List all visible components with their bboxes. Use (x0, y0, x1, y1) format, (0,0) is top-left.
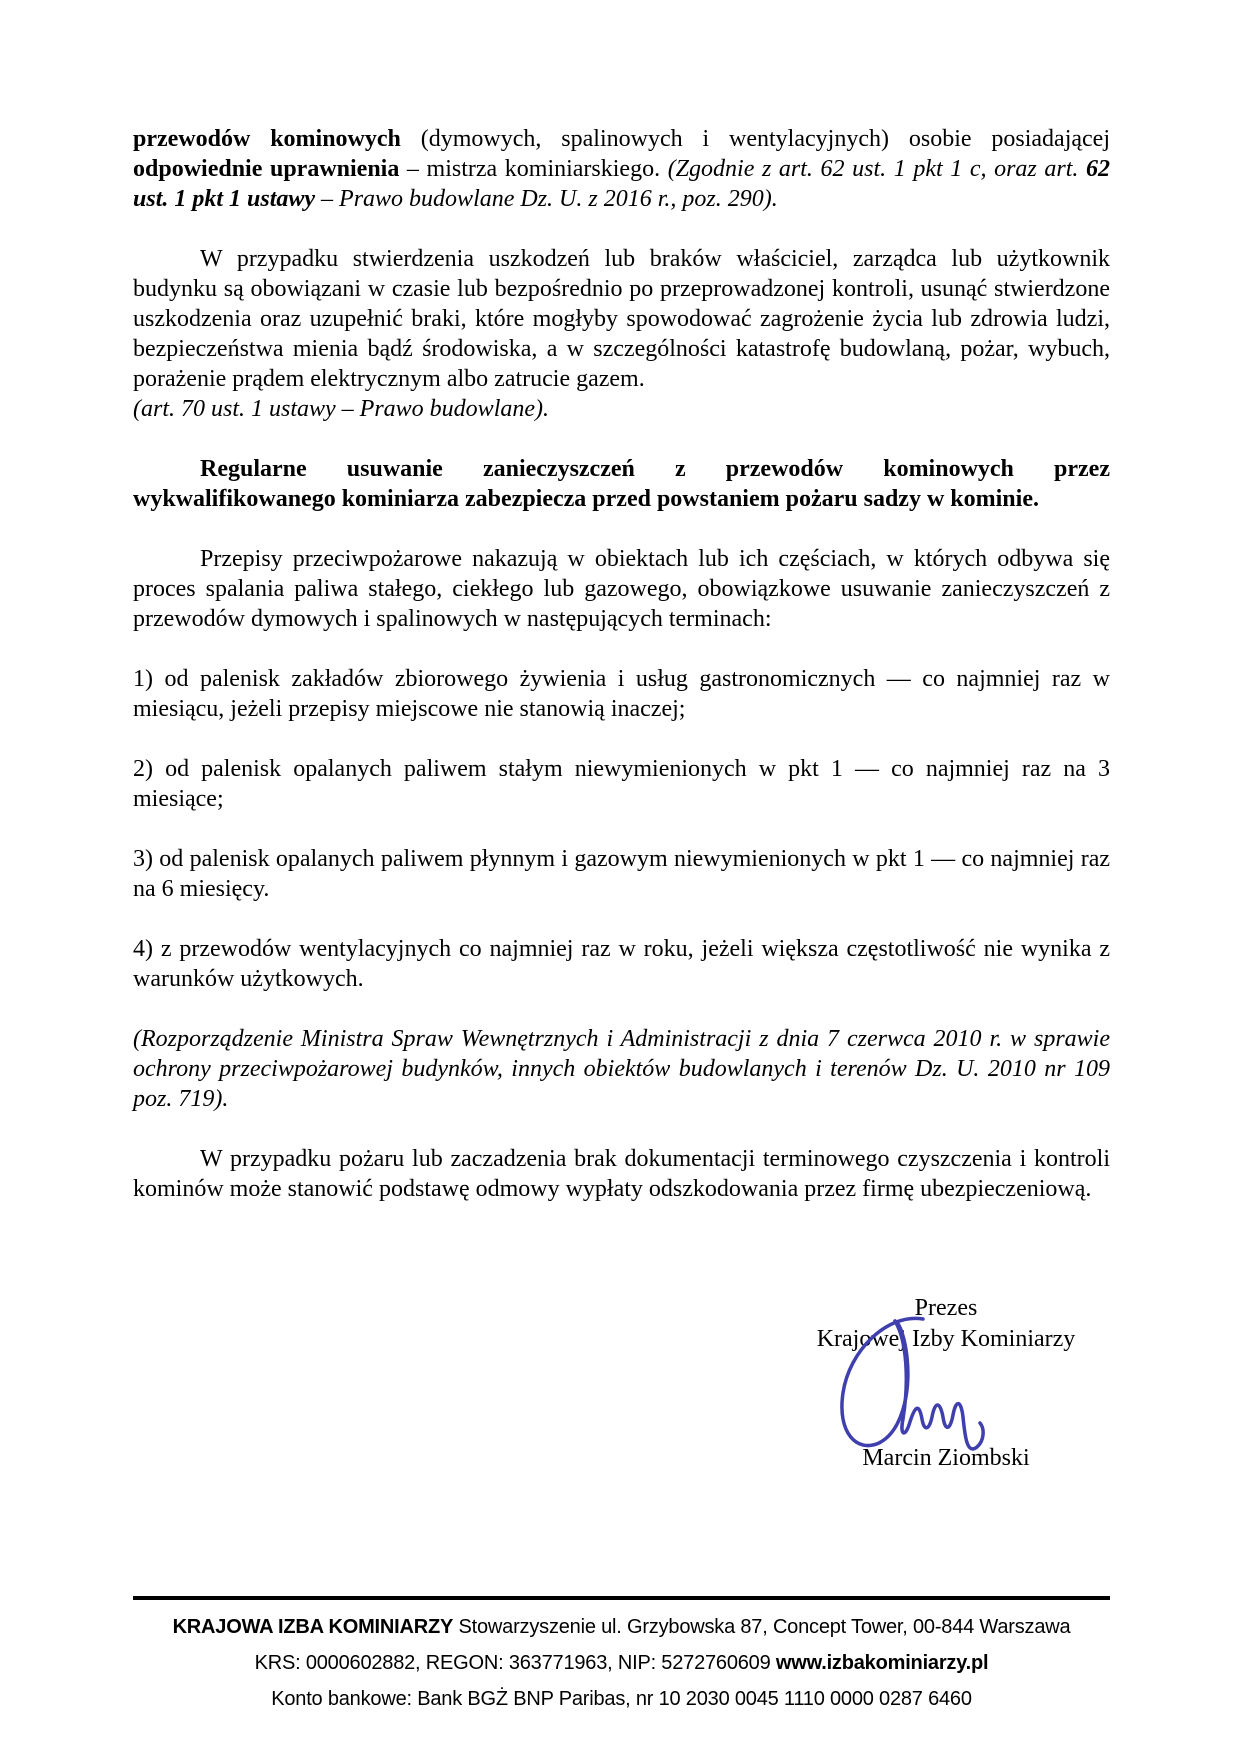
signatory-name: Marcin Ziombski (785, 1443, 1107, 1474)
bold-chimney-ducts: przewodów kominowych (133, 126, 401, 152)
bold-qualifications: odpowiednie uprawnienia (133, 156, 399, 182)
text-master-chimney-sweep: – mistrza kominiarskiego. (399, 156, 667, 182)
footer-website: www.izbakominiarzy.pl (776, 1652, 989, 1674)
footer-registry-numbers: KRS: 0000602882, REGON: 363771963, NIP: … (255, 1652, 776, 1674)
signatory-organization: Krajowej Izby Kominiarzy (785, 1324, 1107, 1355)
text-damage-obligations: W przypadku stwierdzenia uszkodzeń lub b… (133, 246, 1110, 392)
list-item-1: 1) od palenisk zakładów zbiorowego żywie… (133, 664, 1110, 724)
paragraph-regulation-reference: (Rozporządzenie Ministra Spraw Wewnętrzn… (133, 1024, 1110, 1114)
legal-reference-art70: (art. 70 ust. 1 ustawy – Prawo budowlane… (133, 396, 549, 422)
list-item-4: 4) z przewodów wentylacyjnych co najmnie… (133, 934, 1110, 994)
paragraph-inspection-requirement: przewodów kominowych (dymowych, spalinow… (133, 124, 1110, 214)
footer-registry-line: KRS: 0000602882, REGON: 363771963, NIP: … (133, 1645, 1110, 1681)
footer-divider (133, 1596, 1110, 1600)
signatory-title: Prezes (785, 1293, 1107, 1324)
footer-org-name: KRAJOWA IZBA KOMINIARZY (173, 1616, 454, 1638)
paragraph-fire-regulations-intro: Przepisy przeciwpożarowe nakazują w obie… (133, 544, 1110, 634)
scanned-letter-page: przewodów kominowych (dymowych, spalinow… (0, 0, 1240, 1754)
legal-reference-italic-end: – Prawo budowlane Dz. U. z 2016 r., poz.… (315, 186, 778, 212)
legal-reference-italic: (Zgodnie z art. 62 ust. 1 pkt 1 c, oraz … (668, 156, 1086, 182)
paragraph-damage-obligations: W przypadku stwierdzenia uszkodzeń lub b… (133, 244, 1110, 424)
page-footer: KRAJOWA IZBA KOMINIARZY Stowarzyszenie u… (133, 1596, 1110, 1717)
signature-block: Prezes Krajowej Izby Kominiarzy Marcin Z… (785, 1293, 1107, 1474)
list-item-2: 2) od palenisk opalanych paliwem stałym … (133, 754, 1110, 814)
signature-space (785, 1355, 1107, 1443)
paragraph-regular-cleaning-bold: Regularne usuwanie zanieczyszczeń z prze… (133, 454, 1110, 514)
footer-org-line: KRAJOWA IZBA KOMINIARZY Stowarzyszenie u… (133, 1609, 1110, 1645)
paragraph-insurance-warning: W przypadku pożaru lub zaczadzenia brak … (133, 1144, 1110, 1204)
list-item-3: 3) od palenisk opalanych paliwem płynnym… (133, 844, 1110, 904)
footer-org-address: Stowarzyszenie ul. Grzybowska 87, Concep… (453, 1616, 1070, 1638)
footer-bank-line: Konto bankowe: Bank BGŻ BNP Paribas, nr … (133, 1681, 1110, 1717)
text-duct-types: (dymowych, spalinowych i wentylacyjnych)… (401, 126, 1110, 152)
document-body: przewodów kominowych (dymowych, spalinow… (133, 124, 1110, 1234)
